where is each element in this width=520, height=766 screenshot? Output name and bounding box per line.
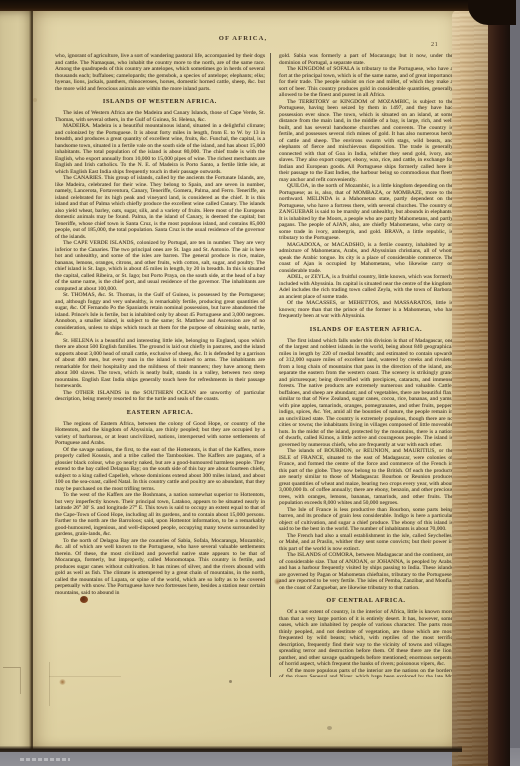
foxing-stain [327, 726, 332, 730]
paragraph: The CAPE VERDE ISLANDS, colonized by Por… [55, 240, 265, 292]
page-bottom-shadow [0, 746, 462, 752]
paragraph: The KINGDOM of SOFALA is tributary to th… [279, 66, 453, 99]
paragraph: The Isle of France is less productive th… [279, 507, 453, 533]
running-head-title: OF AFRICA, [33, 35, 453, 42]
column-left: who, ignorant of agriculture, live a sor… [55, 53, 265, 677]
column-right: gold. Sabia was formerly a part of Mocar… [270, 53, 453, 677]
paragraph: The isles of Western Africa are the Made… [55, 110, 265, 123]
section-heading: EASTERN AFRICA. [55, 409, 265, 416]
plate-impression-line [49, 676, 121, 677]
paragraph: To the north of Delagoa Bay are the coun… [55, 538, 265, 597]
page-number: 21 [431, 41, 438, 48]
paragraph: QUILOA, in the north of Mozambic, is a l… [279, 183, 453, 242]
paragraph: Of the MACASSES, or MEHETTOS, and MASSAR… [279, 300, 453, 320]
paragraph: The first island which falls under this … [279, 338, 453, 449]
section-heading: ISLANDS OF WESTERN AFRICA. [55, 98, 265, 105]
paragraph: ADEL, or ZEYLA, is a fruitful country, l… [279, 274, 453, 300]
section-heading: OF CENTRAL AFRICA. [279, 597, 453, 604]
collection-watermark-blur [20, 758, 70, 761]
foxing-stain [59, 679, 66, 685]
signature-mark: F [363, 675, 393, 681]
plate-impression-line [49, 662, 50, 706]
text-block: who, ignorant of agriculture, live a sor… [55, 53, 453, 677]
book-fore-edge [452, 10, 492, 766]
paragraph: Of a vast extent of country, in the inte… [279, 609, 453, 668]
paragraph: St. THOMAS, &c. St. Thomas, in the Gulf … [55, 292, 265, 338]
foxing-stain [274, 578, 281, 585]
paragraph: St. HELENA is a beautiful and interestin… [55, 338, 265, 390]
scanned-book-photo: OF AFRICA, 21 who, ignorant of agricultu… [0, 0, 520, 766]
paragraph: who, ignorant of agriculture, live a sor… [55, 53, 265, 92]
foxing-stain [33, 98, 37, 102]
paragraph: The ISLANDS of COMORA, between Madagasca… [279, 552, 453, 591]
paragraph: MADEIRA. Madeira is a beautiful mountain… [55, 123, 265, 175]
paragraph: The CANARIES. This group of islands, cal… [55, 175, 265, 240]
paragraph: Of the savage nations, the first, to the… [55, 447, 265, 493]
paragraph: The French had also a small establishmen… [279, 533, 453, 553]
paragraph: The islands of BOURBON, or REUNION, and … [279, 448, 453, 507]
paragraph: gold. Sabia was formerly a part of Mocar… [279, 53, 453, 66]
book-top-edge [0, 0, 512, 11]
book-page: OF AFRICA, 21 who, ignorant of agricultu… [33, 9, 457, 750]
paragraph: The regions of Eastern Africa, between t… [55, 421, 265, 447]
foxing-stain [80, 596, 88, 603]
facing-page-plate-mark [3, 667, 21, 694]
paragraph: To the west of the Kaffers are the Boshm… [55, 492, 265, 538]
section-heading: ISLANDS OF EASTERN AFRICA. [279, 326, 453, 333]
book-cover-edge [488, 0, 510, 766]
paragraph: MAGADOXA, or MACADSHO, is a fertile coun… [279, 242, 453, 275]
printer-dot [229, 680, 232, 683]
paragraph: The OTHER ISLANDS in the SOUTHERN OCEAN … [55, 390, 265, 403]
paragraph: The TERRITORY or KINGDOM of MOZAMBIC, is… [279, 99, 453, 184]
